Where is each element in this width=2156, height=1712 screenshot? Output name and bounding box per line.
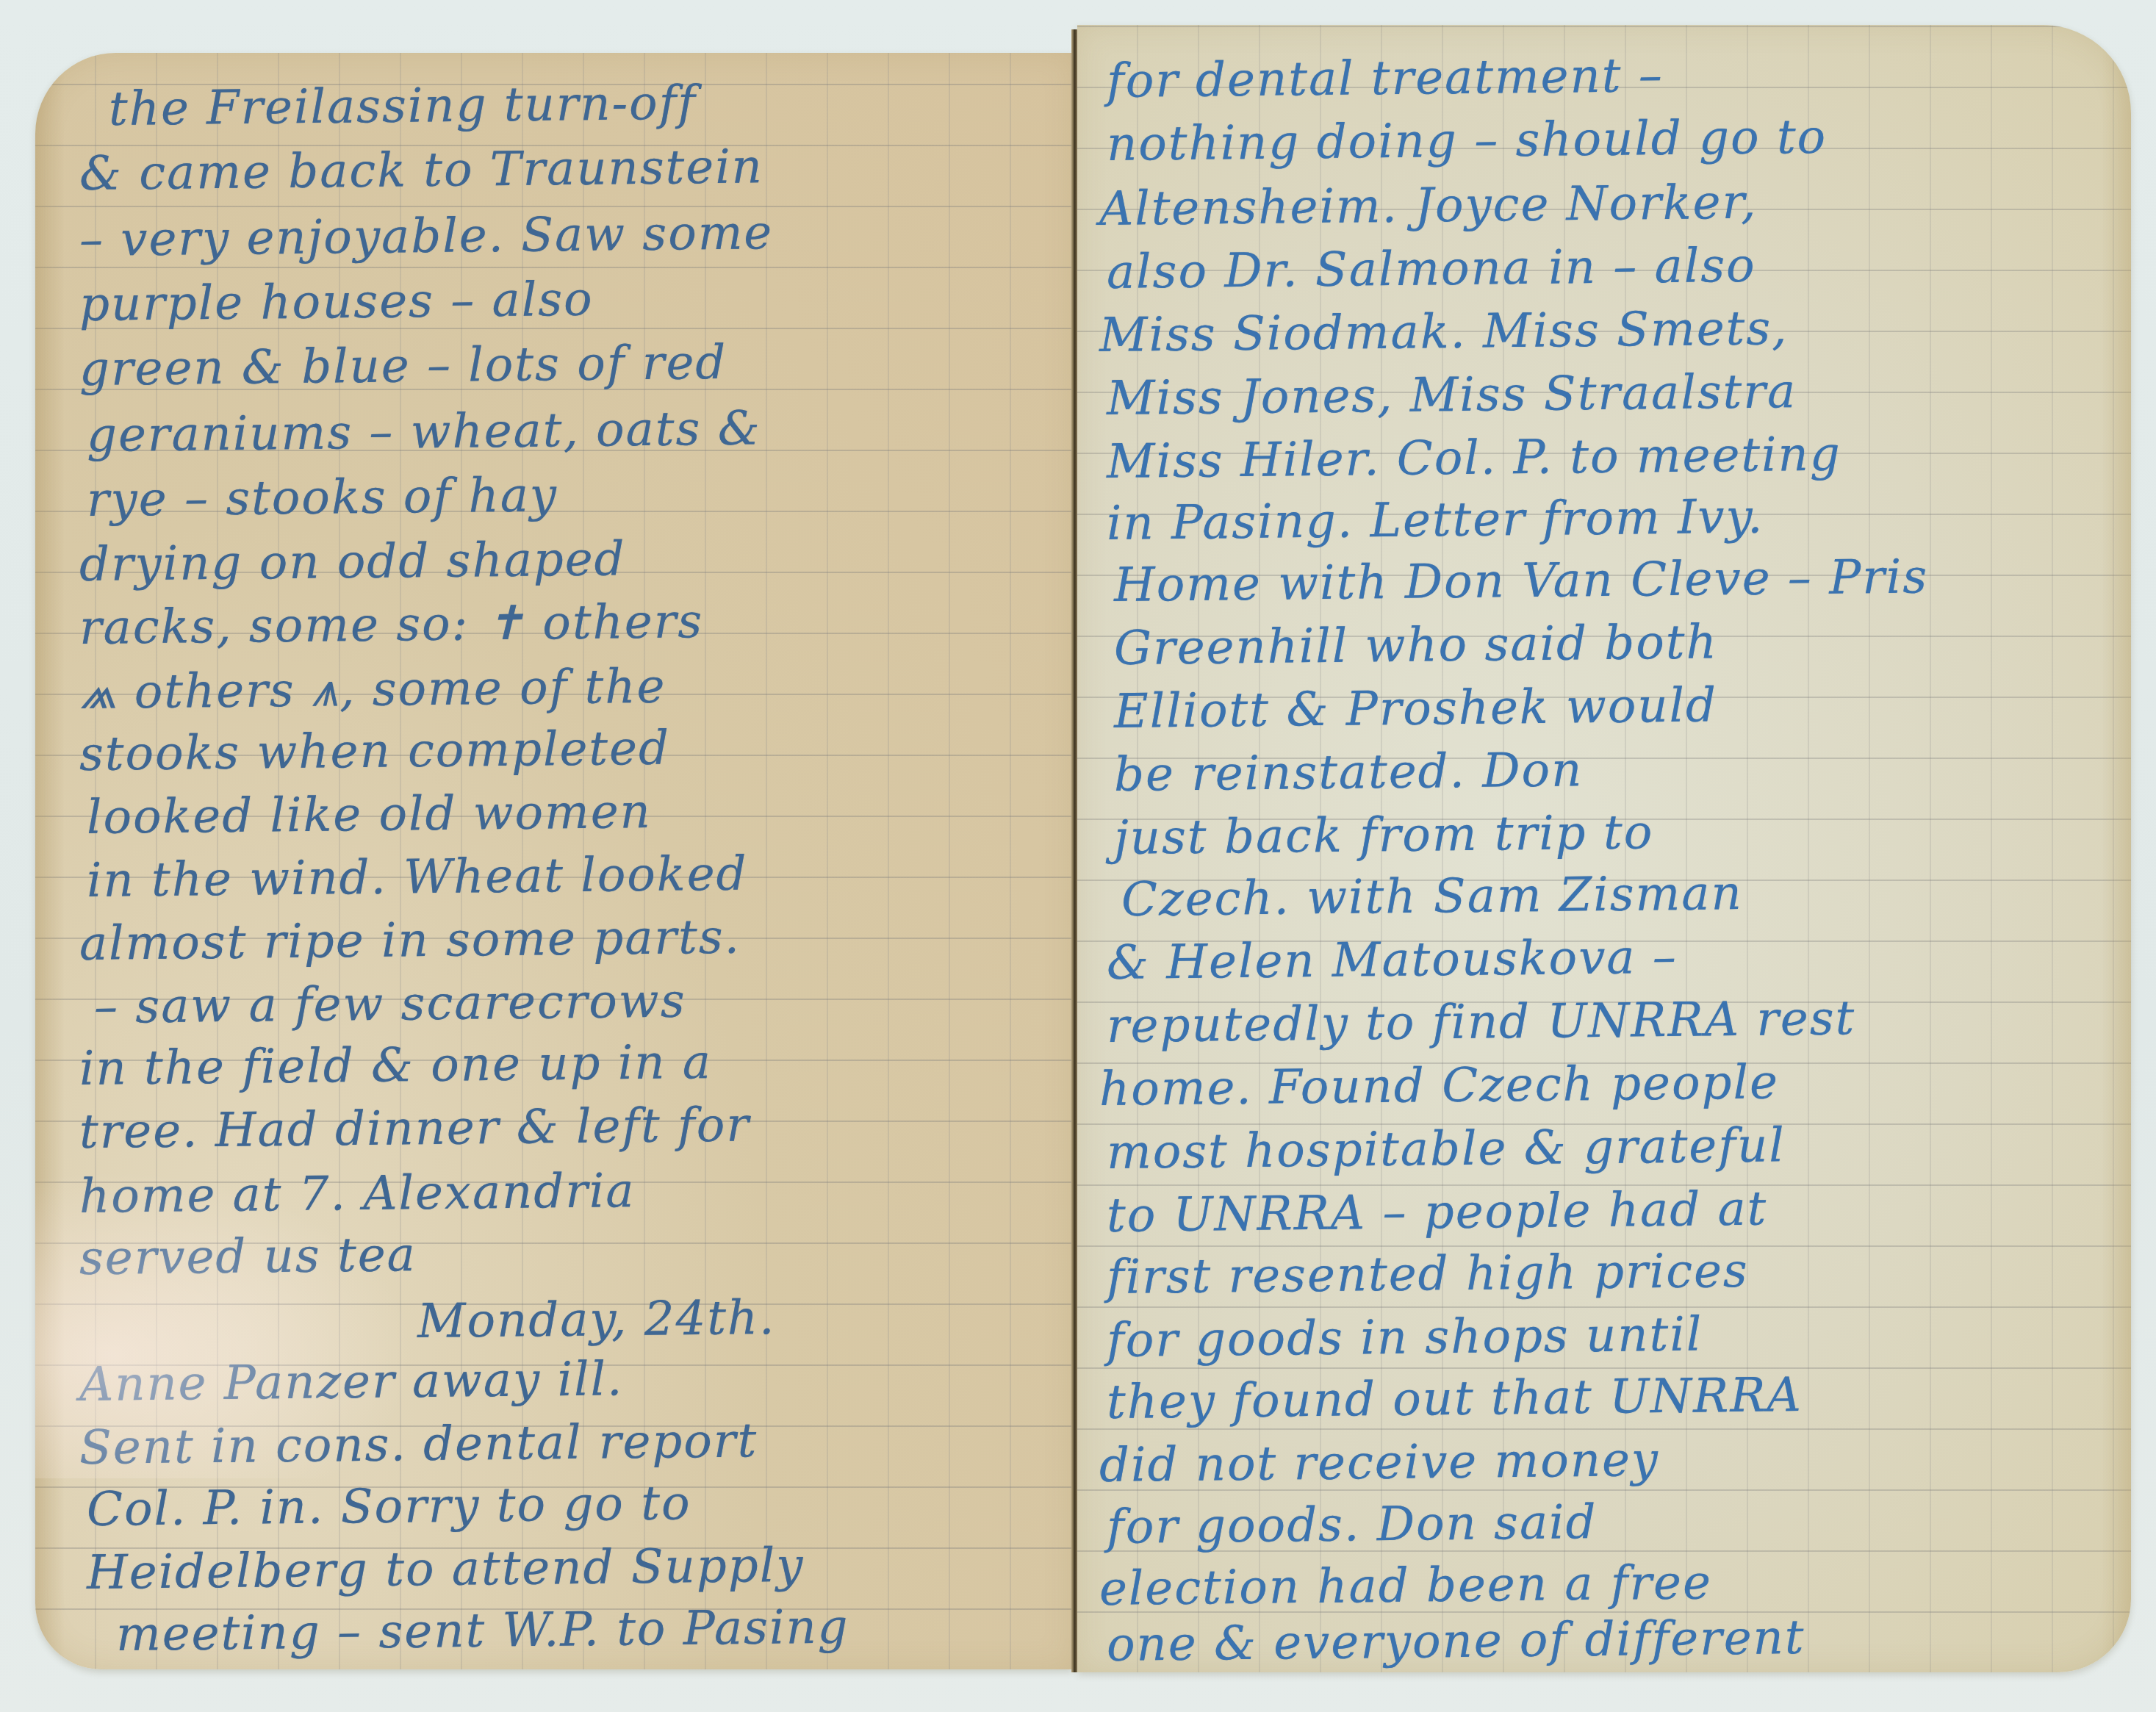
handwritten-line: home. Found Czech people bbox=[1099, 1055, 1780, 1117]
handwritten-line: just back from trip to bbox=[1114, 805, 1654, 866]
handwritten-line: in the field & one up in a bbox=[79, 1035, 713, 1096]
handwritten-line: they found out that UNRRA bbox=[1107, 1368, 1803, 1430]
handwritten-line: most hospitable & grateful bbox=[1107, 1118, 1786, 1180]
handwritten-line: geraniums – wheat, oats & bbox=[87, 401, 761, 463]
handwritten-line: Miss Hiler. Col. P. to meeting bbox=[1107, 428, 1841, 489]
date-heading: Monday, 24th. bbox=[417, 1291, 776, 1349]
handwritten-line: Anne Panzer away ill. bbox=[79, 1352, 624, 1412]
handwritten-line: Czech. with Sam Zisman bbox=[1121, 866, 1743, 927]
handwritten-line: almost ripe in some parts. bbox=[79, 910, 741, 971]
handwritten-line: also Dr. Salmona in – also bbox=[1107, 239, 1756, 300]
handwritten-line: – very enjoyable. Saw some bbox=[79, 206, 774, 267]
handwritten-line: first resented high prices bbox=[1107, 1244, 1750, 1305]
handwritten-line: rye – stooks of hay bbox=[87, 468, 558, 528]
handwritten-line: tree. Had dinner & left for bbox=[79, 1098, 751, 1159]
handwritten-line: in the wind. Wheat looked bbox=[87, 847, 748, 908]
handwritten-line: – saw a few scarecrows bbox=[94, 974, 686, 1035]
handwritten-line: purple houses – also bbox=[79, 273, 594, 332]
handwritten-line: & Helen Matouskova – bbox=[1107, 930, 1678, 990]
handwritten-line: for dental treatment – bbox=[1107, 48, 1664, 109]
left-page: the Freilassing turn-off & came back to … bbox=[35, 53, 1073, 1669]
handwritten-line: Altensheim. Joyce Norker, bbox=[1099, 176, 1758, 237]
handwritten-line: ⩕ others ⩚, some of the bbox=[79, 660, 666, 720]
left-page-text: the Freilassing turn-off & came back to … bbox=[35, 53, 1073, 1669]
handwritten-line: Greenhill who said both bbox=[1114, 615, 1718, 676]
open-notebook: the Freilassing turn-off & came back to … bbox=[0, 0, 2156, 1712]
handwritten-line: racks, some so: ✝ others bbox=[79, 594, 704, 655]
handwritten-line: reputedly to find UNRRA rest bbox=[1107, 991, 1856, 1054]
handwritten-line: one & everyone of different bbox=[1107, 1611, 1805, 1672]
handwritten-line: in Pasing. Letter from Ivy. bbox=[1107, 490, 1764, 551]
handwritten-line: to UNRRA – people had at bbox=[1107, 1182, 1768, 1243]
handwritten-line: Home with Don Van Cleve – Pris bbox=[1114, 550, 1929, 613]
handwritten-line: Sent in cons. dental report bbox=[79, 1414, 758, 1475]
handwritten-line: did not receive money bbox=[1099, 1433, 1660, 1493]
handwritten-line: & came back to Traunstein bbox=[79, 140, 764, 201]
right-page-text: for dental treatment – nothing doing – s… bbox=[1077, 25, 2131, 1672]
handwritten-line: Elliott & Proshek would bbox=[1114, 678, 1718, 739]
handwritten-line: for goods in shops until bbox=[1107, 1308, 1703, 1368]
handwritten-line: the Freilassing turn-off bbox=[109, 76, 697, 137]
handwritten-line: served us tea bbox=[79, 1228, 417, 1286]
handwritten-line: Miss Jones, Miss Straalstra bbox=[1107, 364, 1797, 426]
handwritten-line: nothing doing – should go to bbox=[1107, 110, 1828, 172]
right-page: for dental treatment – nothing doing – s… bbox=[1077, 25, 2131, 1672]
handwritten-line: drying on odd shaped bbox=[79, 532, 626, 592]
handwritten-line: home at 7. Alexandria bbox=[79, 1164, 636, 1224]
handwritten-line: Col. P. in. Sorry to go to bbox=[87, 1476, 691, 1537]
handwritten-line: looked like old women bbox=[87, 785, 653, 845]
handwritten-line: green & blue – lots of red bbox=[79, 336, 727, 397]
handwritten-line: election had been a free bbox=[1099, 1555, 1713, 1616]
handwritten-line: meeting – sent W.P. to Pasing bbox=[116, 1600, 849, 1662]
handwritten-line: Miss Siodmak. Miss Smets, bbox=[1099, 301, 1789, 363]
handwritten-line: be reinstated. Don bbox=[1114, 743, 1584, 802]
handwritten-line: for goods. Don said bbox=[1107, 1495, 1598, 1555]
handwritten-line: stooks when completed bbox=[79, 722, 671, 782]
handwritten-line: Heidelberg to attend Supply bbox=[87, 1539, 805, 1600]
